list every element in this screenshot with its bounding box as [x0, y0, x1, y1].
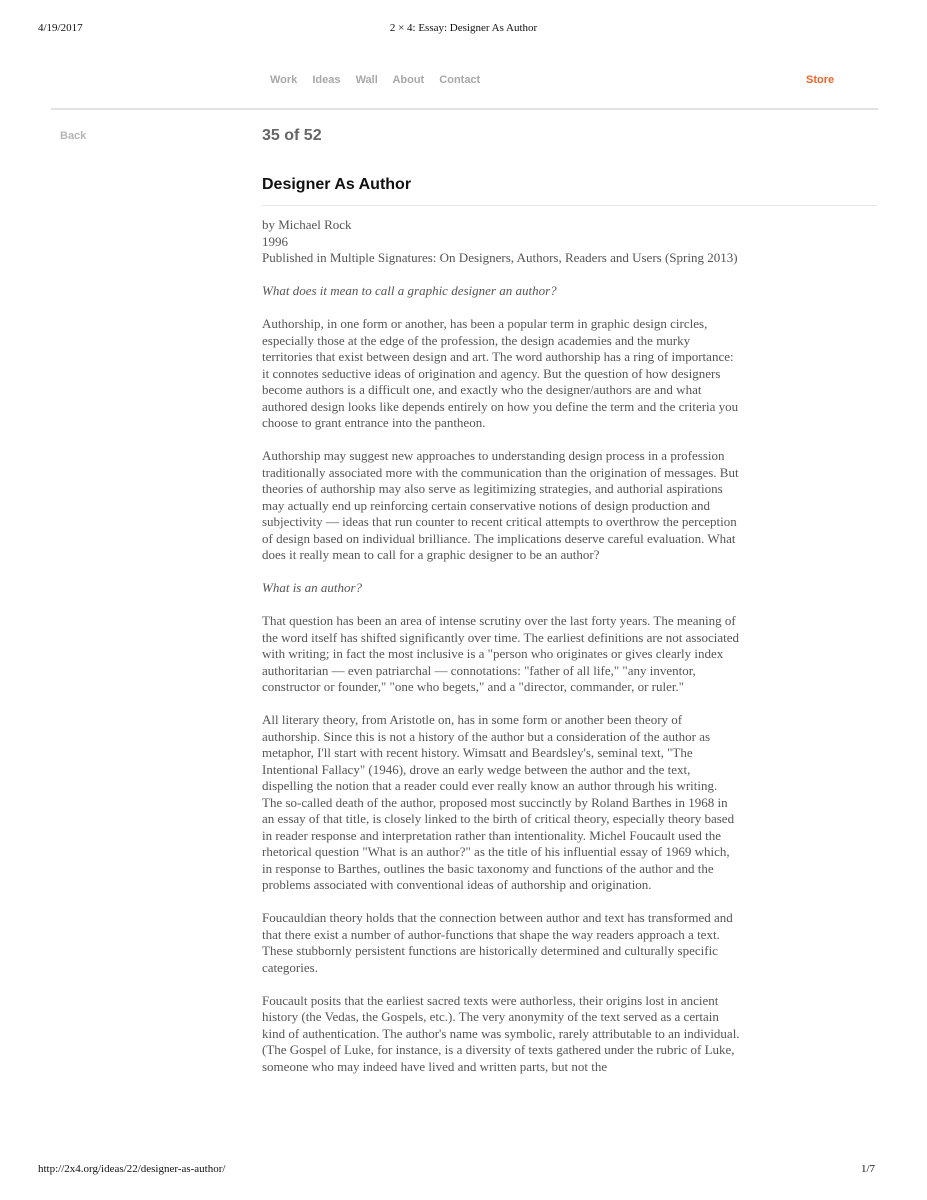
title-divider [262, 205, 877, 206]
back-link[interactable]: Back [60, 130, 86, 142]
page-url: http://2x4.org/ideas/22/designer-as-auth… [38, 1163, 225, 1175]
article-meta: by Michael Rock 1996 Published in Multip… [262, 217, 740, 267]
nav-item-wall[interactable]: Wall [356, 74, 378, 86]
store-link[interactable]: Store [806, 74, 834, 86]
article-body: by Michael Rock 1996 Published in Multip… [262, 217, 740, 1092]
article-title: Designer As Author [262, 176, 411, 194]
print-title: 2 × 4: Essay: Designer As Author [0, 22, 927, 34]
paragraph: Authorship may suggest new approaches to… [262, 448, 740, 564]
nav-divider [51, 108, 878, 110]
main-nav: Work Ideas Wall About Contact [270, 74, 492, 86]
nav-item-contact[interactable]: Contact [439, 74, 480, 86]
publication-info: Published in Multiple Signatures: On Des… [262, 250, 740, 267]
paragraph: Authorship, in one form or another, has … [262, 316, 740, 432]
paragraph: Foucault posits that the earliest sacred… [262, 993, 740, 1076]
paragraph: Foucauldian theory holds that the connec… [262, 910, 740, 976]
nav-item-work[interactable]: Work [270, 74, 297, 86]
article-counter: 35 of 52 [262, 127, 322, 145]
print-footer: http://2x4.org/ideas/22/designer-as-auth… [0, 1163, 927, 1179]
paragraph: That question has been an area of intens… [262, 613, 740, 696]
section-question: What is an author? [262, 580, 740, 597]
nav-item-about[interactable]: About [392, 74, 424, 86]
nav-item-ideas[interactable]: Ideas [312, 74, 340, 86]
byline: by Michael Rock [262, 217, 740, 234]
section-question: What does it mean to call a graphic desi… [262, 283, 740, 300]
year: 1996 [262, 234, 740, 251]
paragraph: All literary theory, from Aristotle on, … [262, 712, 740, 894]
print-header: 4/19/2017 2 × 4: Essay: Designer As Auth… [0, 22, 927, 38]
page-number: 1/7 [861, 1163, 875, 1175]
